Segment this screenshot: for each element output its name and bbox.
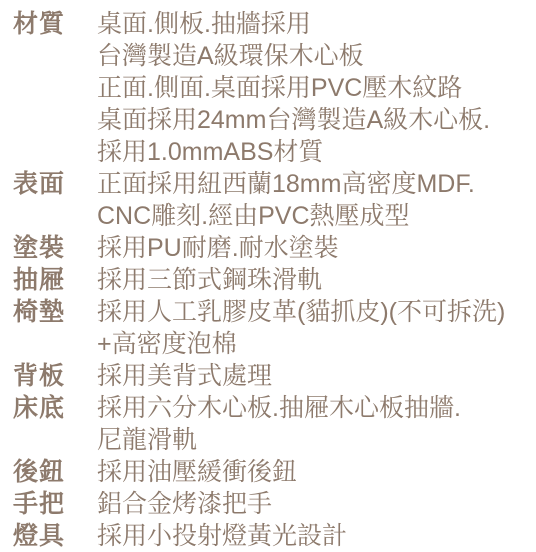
spec-content: 採用小投射燈黃光設計 [97,520,536,552]
spec-row-bed-base: 床底 採用六分木心板.抽屜木心板抽牆. 尼龍滑軌 [13,392,536,456]
spec-label: 抽屜 [13,264,97,296]
spec-line: +高密度泡棉 [97,328,536,360]
spec-line: 桌面.側板.抽牆採用 [97,8,536,40]
spec-line: 採用六分木心板.抽屜木心板抽牆. [97,392,536,424]
spec-line: 採用三節式鋼珠滑軌 [97,264,536,296]
spec-line: 採用PU耐磨.耐水塗裝 [97,232,536,264]
spec-label: 床底 [13,392,97,424]
spec-label: 表面 [13,168,97,200]
spec-content: 正面採用紐西蘭18mm高密度MDF. CNC雕刻.經由PVC熱壓成型 [97,168,536,232]
spec-line: 採用1.0mmABS材質 [97,136,536,168]
spec-line: 桌面採用24mm台灣製造A級木心板. [97,104,536,136]
spec-label: 燈具 [13,520,97,552]
spec-line: 鋁合金烤漆把手 [97,488,536,520]
spec-line: 尼龍滑軌 [97,424,536,456]
spec-label: 椅墊 [13,296,97,328]
spec-label: 塗裝 [13,232,97,264]
spec-line: 正面.側面.桌面採用PVC壓木紋路 [97,72,536,104]
spec-content: 採用油壓緩衝後鈕 [97,456,536,488]
spec-content: 採用六分木心板.抽屜木心板抽牆. 尼龍滑軌 [97,392,536,456]
spec-row-hinge: 後鈕 採用油壓緩衝後鈕 [13,456,536,488]
spec-content: 採用人工乳膠皮革(貓抓皮)(不可拆洗) +高密度泡棉 [97,296,536,360]
spec-content: 鋁合金烤漆把手 [97,488,536,520]
spec-content: 桌面.側板.抽牆採用 台灣製造A級環保木心板 正面.側面.桌面採用PVC壓木紋路… [97,8,536,168]
spec-row-coating: 塗裝 採用PU耐磨.耐水塗裝 [13,232,536,264]
spec-line: 採用人工乳膠皮革(貓抓皮)(不可拆洗) [97,296,536,328]
spec-label: 背板 [13,360,97,392]
spec-label: 後鈕 [13,456,97,488]
spec-content: 採用美背式處理 [97,360,536,392]
spec-label: 材質 [13,8,97,40]
spec-row-drawer: 抽屜 採用三節式鋼珠滑軌 [13,264,536,296]
spec-content: 採用三節式鋼珠滑軌 [97,264,536,296]
spec-content: 採用PU耐磨.耐水塗裝 [97,232,536,264]
spec-row-back-panel: 背板 採用美背式處理 [13,360,536,392]
spec-line: 採用美背式處理 [97,360,536,392]
spec-line: 採用油壓緩衝後鈕 [97,456,536,488]
spec-line: 正面採用紐西蘭18mm高密度MDF. [97,168,536,200]
spec-row-lighting: 燈具 採用小投射燈黃光設計 [13,520,536,552]
spec-label: 手把 [13,488,97,520]
spec-row-seat-cushion: 椅墊 採用人工乳膠皮革(貓抓皮)(不可拆洗) +高密度泡棉 [13,296,536,360]
product-spec-list: 材質 桌面.側板.抽牆採用 台灣製造A級環保木心板 正面.側面.桌面採用PVC壓… [0,0,536,552]
spec-row-surface: 表面 正面採用紐西蘭18mm高密度MDF. CNC雕刻.經由PVC熱壓成型 [13,168,536,232]
spec-row-handle: 手把 鋁合金烤漆把手 [13,488,536,520]
spec-line: CNC雕刻.經由PVC熱壓成型 [97,200,536,232]
spec-line: 採用小投射燈黃光設計 [97,520,536,552]
spec-line: 台灣製造A級環保木心板 [97,40,536,72]
spec-row-material: 材質 桌面.側板.抽牆採用 台灣製造A級環保木心板 正面.側面.桌面採用PVC壓… [13,8,536,168]
